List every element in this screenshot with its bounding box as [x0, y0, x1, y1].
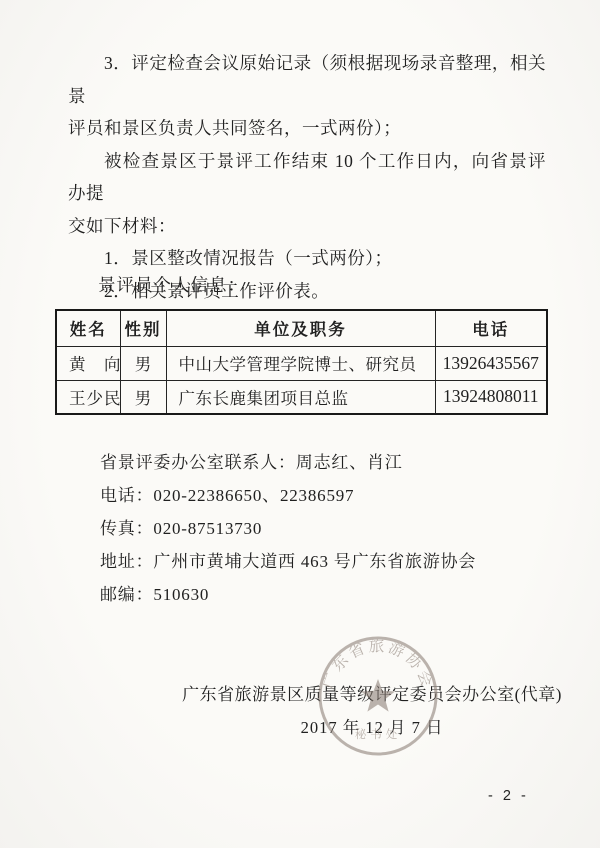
paragraph-deadline-line1: 被检查景区于景评工作结束 10 个工作日内，向省景评办提 — [68, 145, 546, 210]
column-header-name: 姓名 — [56, 310, 120, 346]
paragraph-deadline-line2: 交如下材料： — [68, 210, 546, 243]
list-item-1: 1．景区整改情况报告（一式两份）； — [68, 242, 546, 275]
scanned-document-page: 3．评定检查会议原始记录（须根据现场录音整理，相关景 评员和景区负责人共同签名，… — [0, 0, 600, 848]
paragraph-item3-line2: 评员和景区负责人共同签名，一式两份）； — [68, 112, 546, 145]
contact-fax-line: 传真：020-87513730 — [100, 512, 540, 545]
cell-phone: 13924808011 — [435, 380, 547, 414]
contact-phone-line: 电话：020-22386650、22386597 — [100, 479, 540, 512]
cell-phone: 13926435567 — [435, 346, 547, 380]
signature-block: 广东省旅游景区质量等级评定委员会办公室(代章) 2017 年 12 月 7 日 — [144, 678, 600, 744]
contact-block: 省景评委办公室联系人：周志红、肖江 电话：020-22386650、223865… — [100, 446, 540, 611]
contact-postcode-line: 邮编：510630 — [100, 578, 540, 611]
paragraph-item3-line1: 3．评定检查会议原始记录（须根据现场录音整理，相关景 — [68, 47, 546, 112]
table-header-row: 姓名 性别 单位及职务 电话 — [56, 310, 547, 346]
column-header-sex: 性别 — [120, 310, 166, 346]
cell-name: 黄 向 — [56, 346, 120, 380]
section-title-reviewer-info: 景评员个人信息： — [98, 272, 246, 297]
table-row: 黄 向 男 中山大学管理学院博士、研究员 13926435567 — [56, 346, 547, 380]
column-header-phone: 电话 — [435, 310, 547, 346]
issue-date: 2017 年 12 月 7 日 — [144, 711, 600, 744]
issuing-office: 广东省旅游景区质量等级评定委员会办公室(代章) — [144, 678, 600, 711]
cell-org: 广东长鹿集团项目总监 — [166, 380, 435, 414]
cell-name: 王少民 — [56, 380, 120, 414]
contact-person-line: 省景评委办公室联系人：周志红、肖江 — [100, 446, 540, 479]
body-text: 3．评定检查会议原始记录（须根据现场录音整理，相关景 评员和景区负责人共同签名，… — [68, 47, 546, 307]
cell-sex: 男 — [120, 380, 166, 414]
page-number: - 2 - — [488, 788, 529, 804]
cell-org: 中山大学管理学院博士、研究员 — [166, 346, 435, 380]
table-row: 王少民 男 广东长鹿集团项目总监 13924808011 — [56, 380, 547, 414]
reviewer-table: 姓名 性别 单位及职务 电话 黄 向 男 中山大学管理学院博士、研究员 1392… — [55, 309, 548, 415]
cell-sex: 男 — [120, 346, 166, 380]
contact-address-line: 地址：广州市黄埔大道西 463 号广东省旅游协会 — [100, 545, 540, 578]
column-header-org: 单位及职务 — [166, 310, 435, 346]
